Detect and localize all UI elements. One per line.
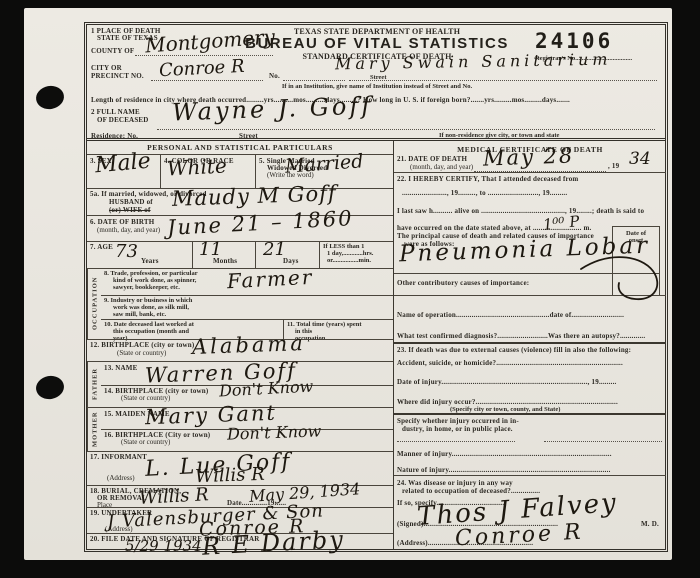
- informant-address-label: (Address): [107, 474, 135, 482]
- date-of-injury-line: Date of injury..........................…: [397, 378, 617, 386]
- no-label: No.: [269, 72, 280, 80]
- years-label: Years: [141, 257, 159, 265]
- informant-label: 17. INFORMANT: [90, 453, 147, 461]
- mother-vertical-label: MOTHER: [87, 407, 102, 451]
- last-saw-line: I last saw h.......... alive on ........…: [397, 207, 644, 215]
- age-months-handwriting: 11: [199, 239, 222, 260]
- punch-hole-top: [34, 84, 66, 112]
- industry-label-3: saw mill, bank, etc.: [113, 311, 166, 319]
- certificate-paper: 1 PLACE OF DEATH STATE OF TEXAS COUNTY O…: [24, 8, 672, 560]
- father-vertical-label: FATHER: [87, 361, 102, 407]
- date-of-birth-sublabel: (month, day, and year): [97, 226, 160, 234]
- mother-birthplace-sublabel: (State or country): [121, 438, 170, 446]
- medical-certificate-column: MEDICAL CERTIFICATE OF DEATH 21. DATE OF…: [393, 141, 666, 549]
- mother-birthplace-handwriting: Don't Know: [227, 421, 322, 443]
- institution-note: If in an Institution, give name of Insti…: [237, 83, 517, 91]
- specify-whether-label-2: dustry, in home, or in public place.: [402, 425, 513, 433]
- external-causes-label: 23. If death was due to external causes …: [397, 346, 631, 354]
- date-of-death-19: , 19: [608, 162, 619, 170]
- attended-from-line: ......................., 19........., to…: [402, 189, 567, 197]
- wife-of-label-struck: (or) WIFE of: [109, 206, 151, 214]
- occupation-handwriting: Farmer: [226, 265, 314, 293]
- death-year-handwriting: 34: [629, 149, 651, 169]
- hereby-certify-label: 22. I HEREBY CERTIFY, That I attended de…: [397, 175, 578, 183]
- institution-handwriting: Mary Swain Sanitarium: [335, 50, 612, 74]
- md-label: M. D.: [641, 520, 659, 528]
- full-name-fill-line: [157, 128, 655, 130]
- occupation-vertical-label: OCCUPATION: [87, 268, 102, 339]
- burial-place-handwriting: Willis R: [138, 484, 209, 509]
- full-name-label-2: OF DECEASED: [97, 116, 149, 124]
- registrar-signature-handwriting: R E Darby: [201, 525, 345, 560]
- accident-line: Accident, suicide, or homicide?.........…: [397, 359, 623, 367]
- certificate-form: 1 PLACE OF DEATH STATE OF TEXAS COUNTY O…: [84, 22, 668, 552]
- race-handwriting: White: [166, 153, 227, 180]
- contributory-causes-label: Other contributory causes of importance:: [397, 279, 529, 287]
- if-less-label-3: or................min.: [327, 257, 371, 265]
- nature-of-injury-line: Nature of injury........................…: [397, 466, 611, 474]
- precinct-handwriting: Conroe R: [159, 56, 246, 81]
- precinct-no-label: PRECINCT NO.: [91, 72, 144, 80]
- scanned-death-certificate: { "meta": { "cert_no": "24106" }, "hdr":…: [0, 0, 700, 578]
- deceased-name-handwriting: Wayne J. Goff: [172, 91, 374, 126]
- death-date-handwriting: May 28: [483, 143, 575, 170]
- what-test-line: What test confirmed diagnosis?..........…: [397, 332, 645, 340]
- street-fill-line: [349, 79, 657, 81]
- age-years-handwriting: 73: [115, 241, 138, 262]
- date-of-death-sublabel: (month, day, and year): [410, 163, 473, 171]
- punch-hole-bottom: [34, 374, 66, 402]
- birthplace-sublabel: (State or country): [117, 349, 166, 357]
- no-fill-line: [283, 79, 345, 81]
- age-days-handwriting: 21: [263, 239, 286, 260]
- ink-flourish: [579, 249, 679, 313]
- age-label: 7. AGE: [90, 243, 113, 251]
- father-name-label: 13. NAME: [104, 364, 138, 372]
- manner-of-injury-line: Manner of injury........................…: [397, 450, 612, 458]
- file-date-handwriting: 5/29 1934: [125, 537, 202, 555]
- trade-label-3: sawyer, bookkeeper, etc.: [113, 284, 180, 292]
- sex-handwriting: Male: [94, 149, 152, 179]
- father-birthplace-sublabel: (State or country): [121, 394, 170, 402]
- birthplace-handwriting: Alabama: [192, 331, 307, 359]
- death-time-handwriting: 1⁰⁰ P: [542, 212, 580, 234]
- county-label: COUNTY OF: [91, 47, 134, 55]
